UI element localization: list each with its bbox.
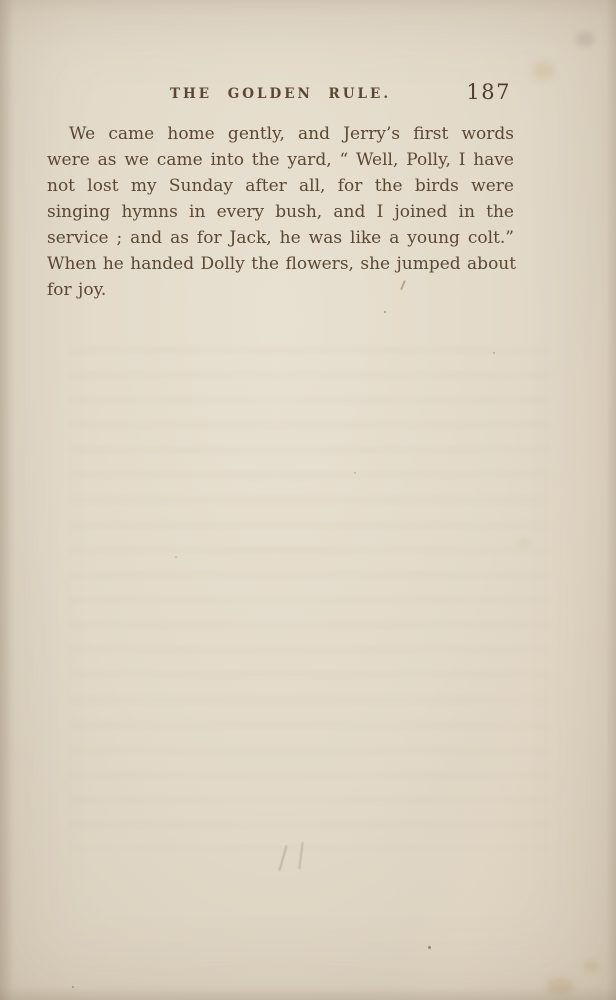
paper-stain	[533, 61, 554, 80]
paper-speck	[175, 556, 177, 558]
pencil-mark	[298, 842, 303, 869]
book-page: THE GOLDEN RULE. 187 We came home gently…	[0, 0, 616, 1000]
paragraph-line: service ; and as for Jack, he was like a…	[47, 225, 514, 251]
paper-speck	[428, 946, 431, 949]
paper-stain	[546, 978, 574, 995]
running-title: THE GOLDEN RULE.	[47, 86, 514, 102]
paragraph-line: for joy.	[47, 277, 514, 303]
paper-stain	[584, 960, 599, 972]
paper-smudge	[576, 32, 594, 47]
pencil-mark	[278, 845, 287, 871]
page-number: 187	[466, 80, 511, 104]
paragraph-line: singing hymns in every bush, and I joine…	[47, 199, 514, 225]
paragraph-line: were as we came into the yard, “ Well, P…	[47, 147, 514, 173]
paragraph-line: We came home gently, and Jerry’s first w…	[47, 121, 514, 147]
reverse-side-show-through	[70, 330, 550, 850]
paragraph-line: not lost my Sunday after all, for the bi…	[47, 173, 514, 199]
paper-speck	[72, 986, 74, 988]
paper-speck	[493, 352, 495, 354]
paper-speck	[384, 311, 386, 313]
paper-speck	[354, 472, 356, 474]
paper-stain	[518, 538, 530, 547]
paragraph: We came home gently, and Jerry’s first w…	[47, 121, 514, 303]
paragraph-line: When he handed Dolly the flowers, she ju…	[47, 251, 514, 277]
